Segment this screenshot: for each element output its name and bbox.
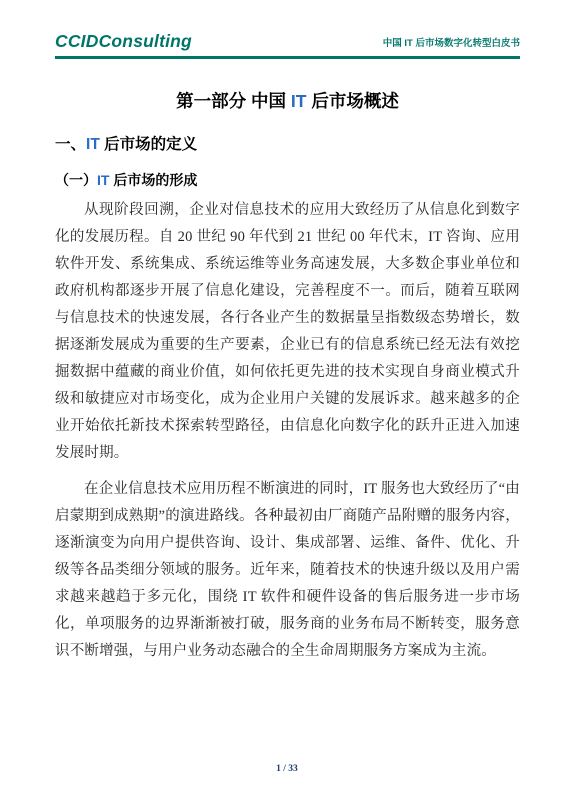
page-content: CCIDConsulting 中国 IT 后市场数字化转型白皮书 第一部分 中国… — [55, 0, 520, 674]
subsection-heading: （一）IT 后市场的形成 — [55, 172, 520, 189]
header-document-label: 中国 IT 后市场数字化转型白皮书 — [383, 39, 520, 51]
page-number: 1 / 33 — [276, 764, 298, 774]
document-page: CCIDConsulting 中国 IT 后市场数字化转型白皮书 第一部分 中国… — [0, 0, 574, 812]
document-title-highlight: IT — [291, 91, 307, 111]
section-heading-suffix: 后市场的定义 — [100, 136, 197, 153]
subsection-heading-suffix: 后市场的形成 — [109, 172, 197, 188]
section-heading-prefix: 一、 — [55, 136, 86, 153]
document-title: 第一部分 中国 IT 后市场概述 — [55, 91, 520, 112]
body-text: 从现阶段回溯，企业对信息技术的应用大致经历了从信息化到数字化的发展历程。自 20… — [55, 197, 520, 665]
document-title-suffix: 后市场概述 — [306, 91, 398, 111]
page-header: CCIDConsulting 中国 IT 后市场数字化转型白皮书 — [55, 0, 520, 59]
ccid-consulting-logo: CCIDConsulting — [55, 33, 192, 51]
paragraph-1: 从现阶段回溯，企业对信息技术的应用大致经历了从信息化到数字化的发展历程。自 20… — [55, 197, 520, 467]
section-heading: 一、IT 后市场的定义 — [55, 136, 520, 155]
subsection-heading-highlight: IT — [97, 172, 109, 188]
paragraph-2: 在企业信息技术应用历程不断演进的同时，IT 服务也大致经历了“由启蒙期到成熟期”… — [55, 476, 520, 665]
section-heading-highlight: IT — [86, 136, 100, 153]
subsection-heading-prefix: （一） — [55, 172, 97, 188]
page-footer: 1 / 33 — [0, 758, 574, 776]
document-title-prefix: 第一部分 中国 — [176, 91, 291, 111]
